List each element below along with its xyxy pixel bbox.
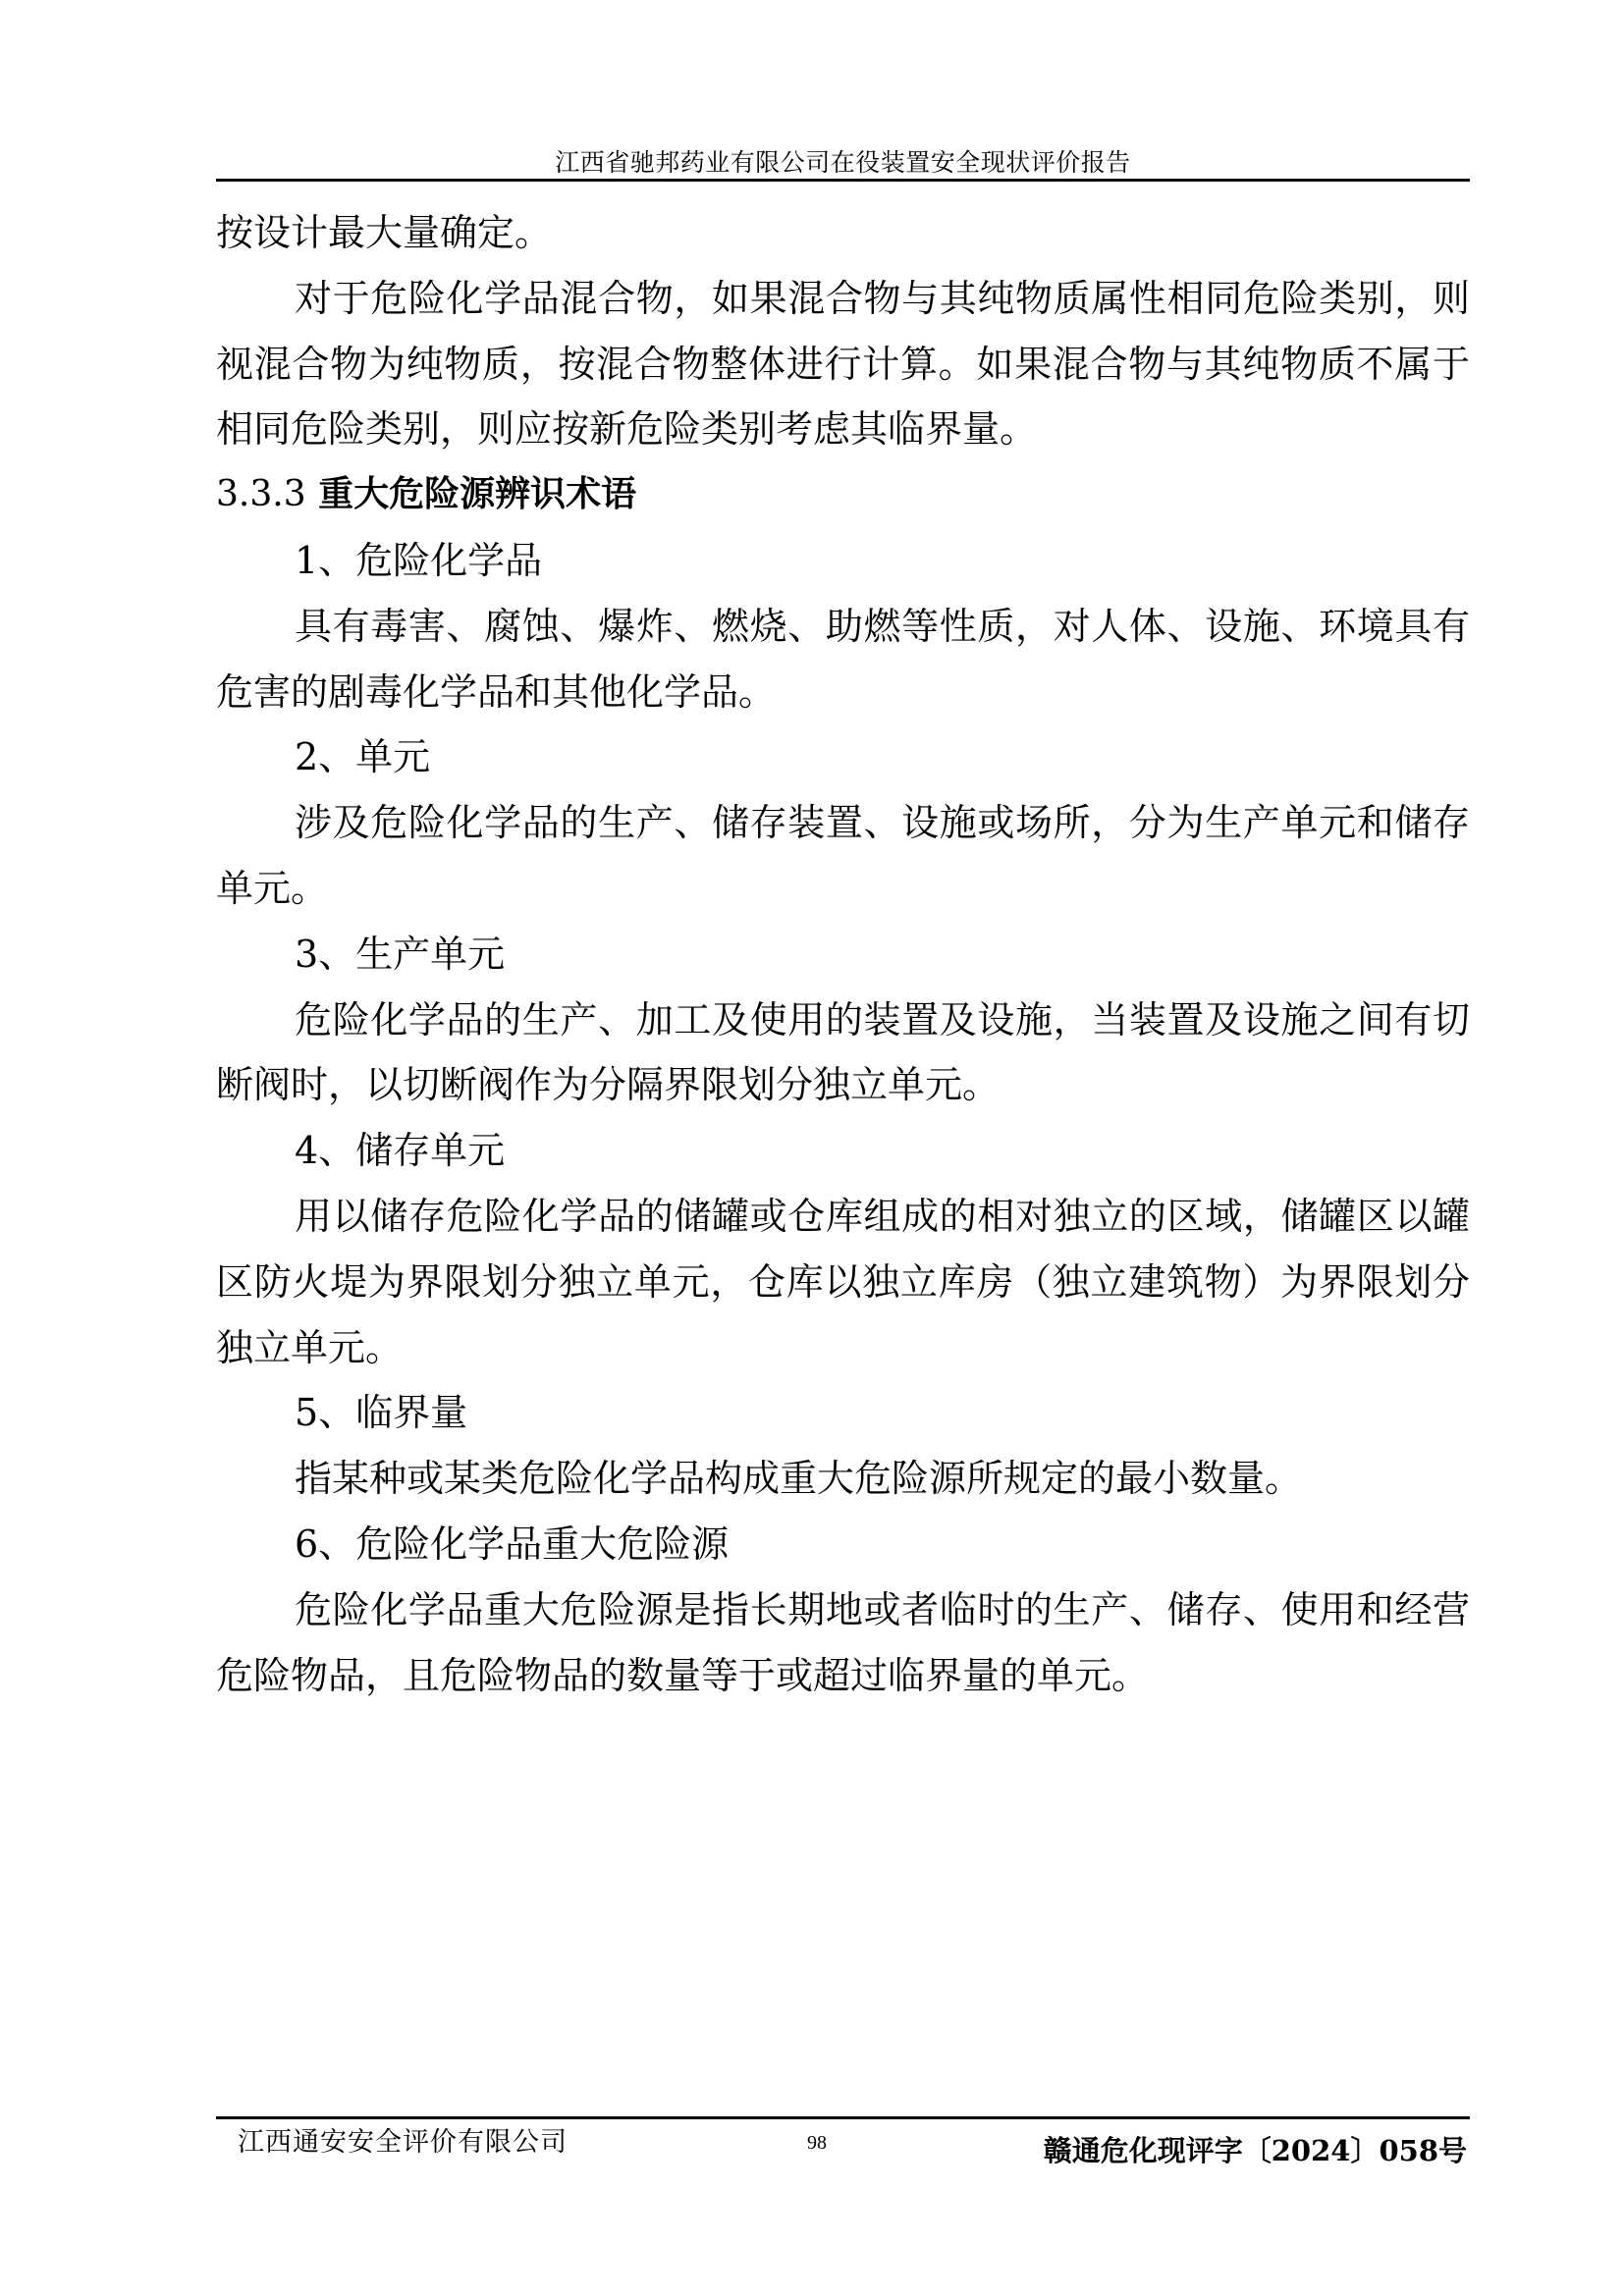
document-body: 按设计最大量确定。 对于危险化学品混合物，如果混合物与其纯物质属性相同危险类别，… bbox=[216, 200, 1470, 1708]
term-title: 1、危险化学品 bbox=[216, 528, 1470, 594]
body-line: 危害的剧毒化学品和其他化学品。 bbox=[216, 660, 1470, 725]
page-number: 98 bbox=[807, 2130, 827, 2156]
term-title: 4、储存单元 bbox=[216, 1118, 1470, 1184]
paragraph-line: 涉及危险化学品的生产、储存装置、设施或场所，分为生产单元和储存 bbox=[216, 790, 1470, 856]
page-header-title: 江西省驰邦药业有限公司在役装置安全现状评价报告 bbox=[216, 147, 1470, 179]
body-line: 危险物品，且危险物品的数量等于或超过临界量的单元。 bbox=[216, 1643, 1470, 1709]
section-number: 3.3.3 bbox=[216, 474, 306, 514]
footer-company: 江西通安安全评价有限公司 bbox=[238, 2126, 568, 2160]
footer-divider bbox=[216, 2116, 1470, 2119]
term-title: 3、生产单元 bbox=[216, 922, 1470, 988]
paragraph-line: 具有毒害、腐蚀、爆炸、燃烧、助燃等性质，对人体、设施、环境具有 bbox=[216, 594, 1470, 660]
section-title: 重大危险源辨识术语 bbox=[318, 474, 636, 514]
body-line: 视混合物为纯物质，按混合物整体进行计算。如果混合物与其纯物质不属于 bbox=[216, 332, 1470, 398]
term-title: 5、临界量 bbox=[216, 1380, 1470, 1446]
section-heading: 3.3.3 重大危险源辨识术语 bbox=[216, 462, 1470, 528]
document-number: 赣通危化现评字〔2024〕058号 bbox=[1044, 2132, 1467, 2169]
paragraph-line: 对于危险化学品混合物，如果混合物与其纯物质属性相同危险类别，则 bbox=[216, 266, 1470, 332]
paragraph-line: 用以储存危险化学品的储罐或仓库组成的相对独立的区域，储罐区以罐 bbox=[216, 1184, 1470, 1250]
term-title: 2、单元 bbox=[216, 724, 1470, 790]
body-line: 独立单元。 bbox=[216, 1315, 1470, 1381]
body-line: 相同危险类别，则应按新危险类别考虑其临界量。 bbox=[216, 397, 1470, 462]
body-line: 单元。 bbox=[216, 856, 1470, 922]
body-line: 断阀时，以切断阀作为分隔界限划分独立单元。 bbox=[216, 1052, 1470, 1118]
paragraph-line: 危险化学品重大危险源是指长期地或者临时的生产、储存、使用和经营 bbox=[216, 1577, 1470, 1643]
paragraph-line: 指某种或某类危险化学品构成重大危险源所规定的最小数量。 bbox=[216, 1446, 1470, 1512]
term-title: 6、危险化学品重大危险源 bbox=[216, 1512, 1470, 1577]
header-divider bbox=[216, 179, 1470, 182]
paragraph-line: 危险化学品的生产、加工及使用的装置及设施，当装置及设施之间有切 bbox=[216, 988, 1470, 1053]
body-line: 按设计最大量确定。 bbox=[216, 200, 1470, 266]
body-line: 区防火堤为界限划分独立单元，仓库以独立库房（独立建筑物）为界限划分 bbox=[216, 1250, 1470, 1315]
